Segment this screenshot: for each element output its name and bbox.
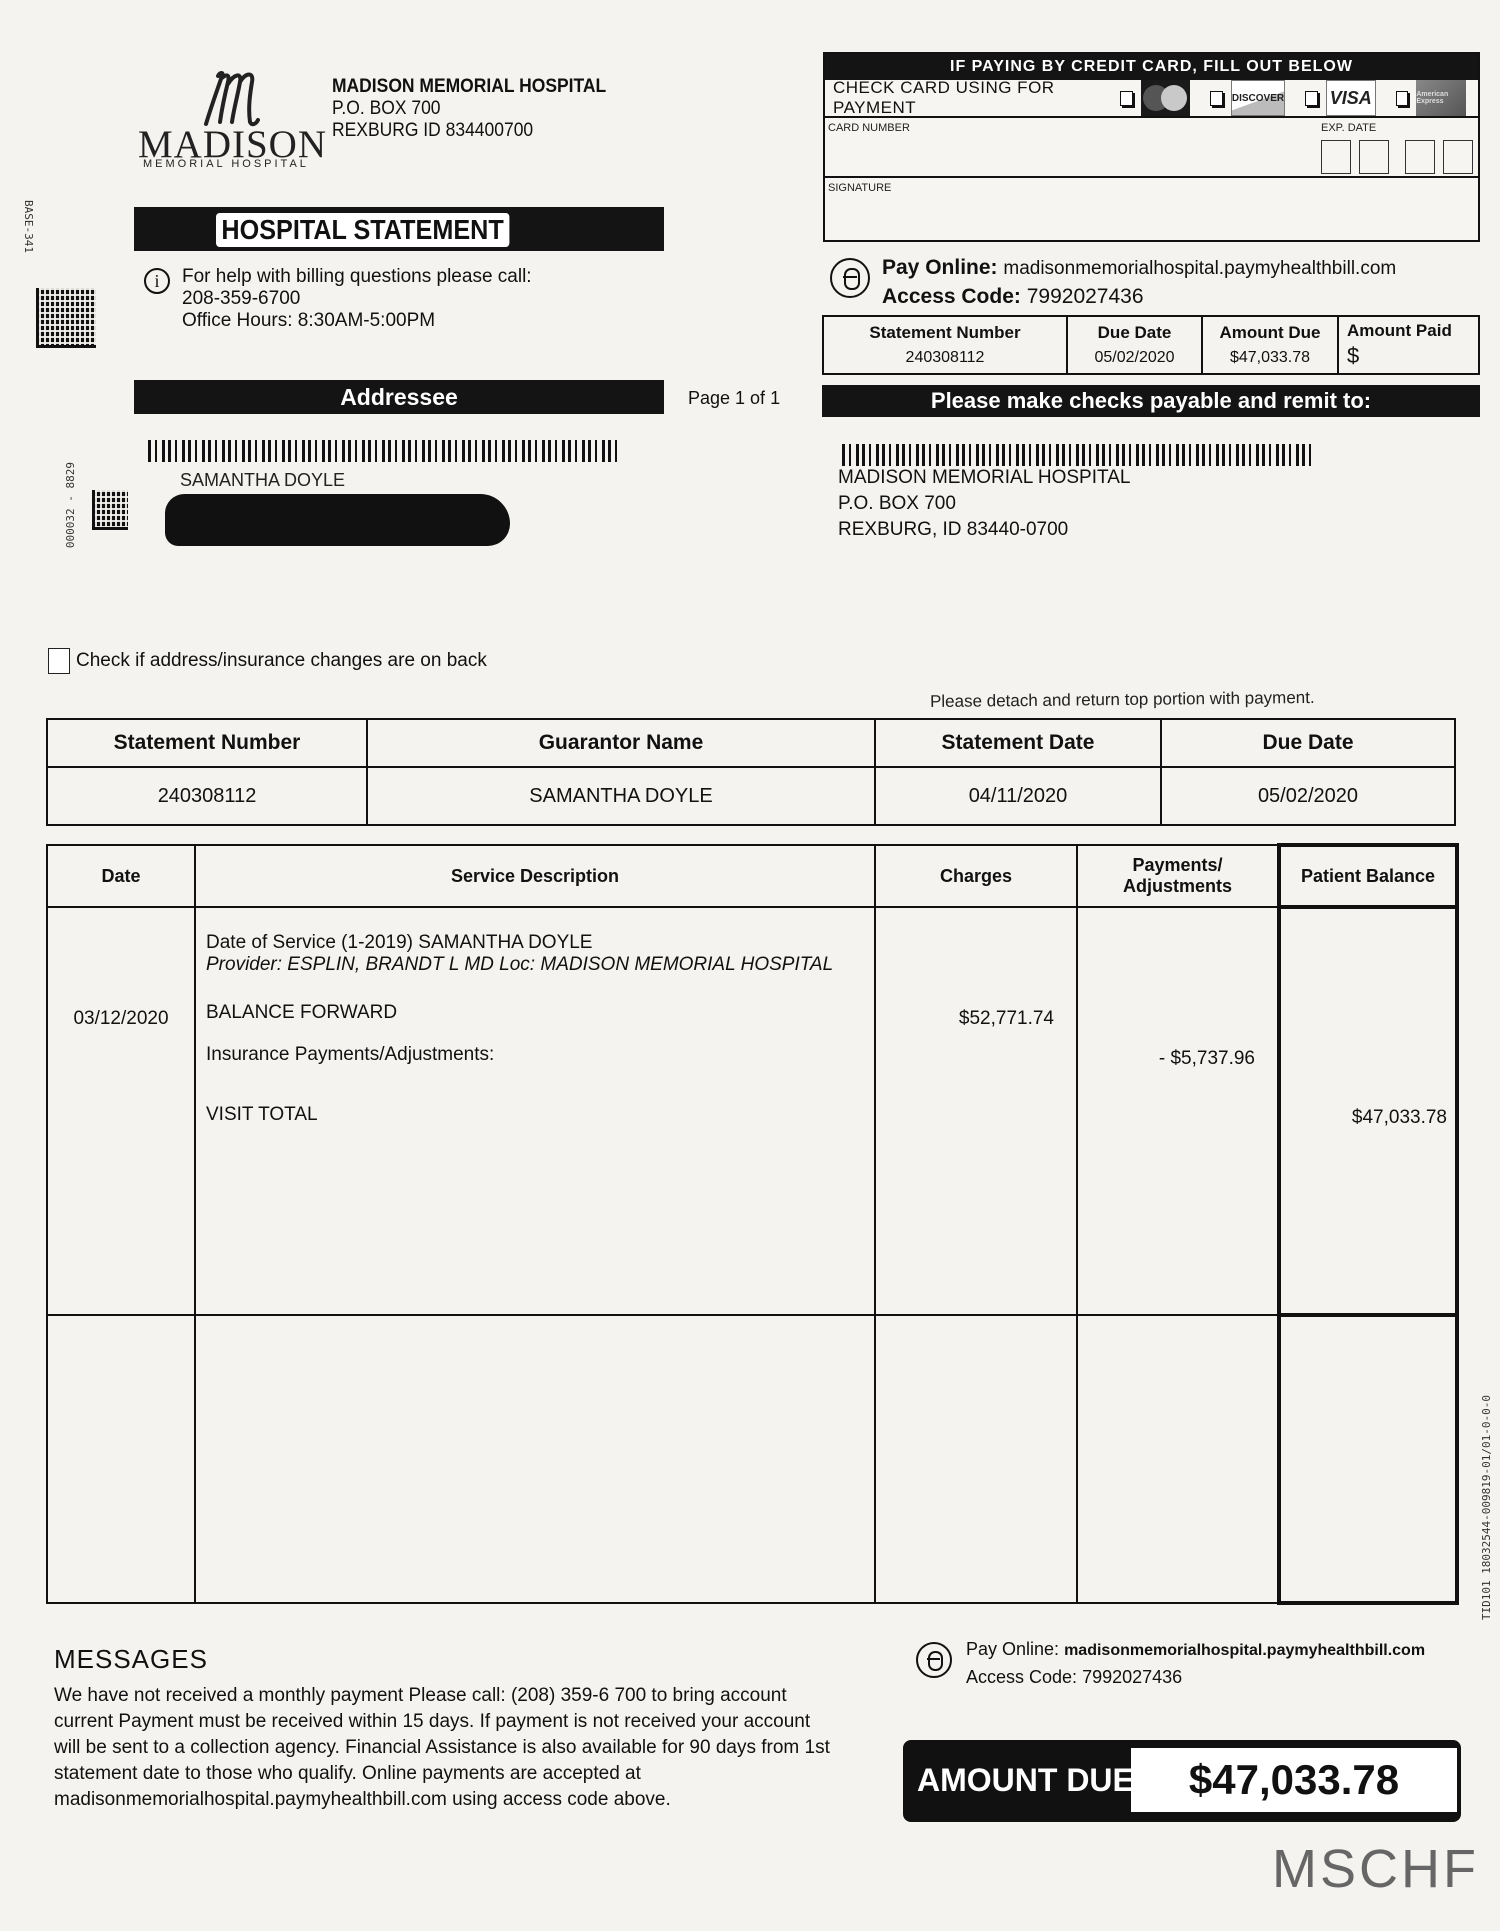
exp-year-digit-2[interactable] xyxy=(1443,140,1473,174)
messages-body: We have not received a monthly payment P… xyxy=(54,1683,834,1813)
exp-date-label: EXP. DATE xyxy=(1321,122,1376,134)
help-hours: Office Hours: 8:30AM-5:00PM xyxy=(182,310,532,332)
side-code-account: 000032 - 8829 xyxy=(64,462,77,548)
summary-value: 240308112 xyxy=(824,349,1066,367)
service-description: Date of Service (1-2019) SAMANTHA DOYLE … xyxy=(195,907,875,1315)
account-table: Statement Number Guarantor Name Statemen… xyxy=(46,718,1456,826)
checkbox-icon[interactable] xyxy=(48,648,70,674)
remit-heading: Please make checks payable and remit to: xyxy=(822,385,1480,417)
adjustments-amount: - $5,737.96 xyxy=(1077,907,1279,1315)
handwritten-signature: MSCHF xyxy=(1272,1838,1479,1900)
madison-logo-icon xyxy=(200,68,270,128)
credit-card-heading: IF PAYING BY CREDIT CARD, FILL OUT BELOW xyxy=(825,54,1478,80)
access-code: 7992027436 xyxy=(1082,1667,1182,1687)
statement-title-bar: HOSPITAL STATEMENT xyxy=(134,207,664,251)
amount-due-value: $47,033.78 xyxy=(1131,1748,1457,1812)
redacted-address xyxy=(165,494,510,546)
exp-month-digit-1[interactable] xyxy=(1321,140,1351,174)
summary-header: Due Date xyxy=(1068,323,1201,343)
statement-date: 04/11/2020 xyxy=(875,767,1161,825)
visa-logo-icon: VISA xyxy=(1326,80,1376,116)
provider-line: Provider: ESPLIN, BRANDT L MD Loc: MADIS… xyxy=(206,954,864,976)
column-header: Service Description xyxy=(195,845,875,907)
access-code-label: Access Code: xyxy=(966,1667,1077,1687)
mouse-icon xyxy=(916,1642,952,1678)
pay-online-url[interactable]: madisonmemorialhospital.paymyhealthbill.… xyxy=(1003,258,1396,279)
messages-title: MESSAGES xyxy=(54,1644,834,1675)
statement-number: 240308112 xyxy=(47,767,367,825)
pay-online-label: Pay Online: xyxy=(966,1639,1059,1659)
visit-total-label: VISIT TOTAL xyxy=(206,1104,864,1126)
table-row: 240308112 SAMANTHA DOYLE 04/11/2020 05/0… xyxy=(47,767,1455,825)
credit-card-form: IF PAYING BY CREDIT CARD, FILL OUT BELOW… xyxy=(823,52,1480,242)
payment-summary: Statement Number240308112 Due Date05/02/… xyxy=(822,315,1480,375)
hospital-statement-page: MADISON MEMORIAL HOSPITAL MADISON MEMORI… xyxy=(0,0,1500,1931)
help-phone: 208-359-6700 xyxy=(182,288,532,310)
summary-value: 05/02/2020 xyxy=(1068,349,1201,367)
card-number-label: CARD NUMBER xyxy=(828,122,910,134)
statement-title: HOSPITAL STATEMENT xyxy=(216,213,509,247)
postal-barcode-icon xyxy=(148,440,622,462)
due-date: 05/02/2020 xyxy=(1161,767,1455,825)
exp-year-digit-1[interactable] xyxy=(1405,140,1435,174)
amex-checkbox[interactable] xyxy=(1396,91,1409,106)
signature-label: SIGNATURE xyxy=(828,182,891,194)
messages-section: MESSAGES We have not received a monthly … xyxy=(54,1644,834,1813)
info-icon: i xyxy=(144,268,170,294)
hospital-po-box: P.O. BOX 700 xyxy=(332,98,606,120)
datamatrix-small-icon xyxy=(92,490,128,530)
guarantor-name: SAMANTHA DOYLE xyxy=(367,767,875,825)
column-header: Due Date xyxy=(1161,719,1455,767)
summary-header: Statement Number xyxy=(824,323,1066,343)
access-code: 7992027436 xyxy=(1027,285,1144,308)
service-detail-table: Date Service Description Charges Payment… xyxy=(46,843,1459,1605)
remit-city: REXBURG, ID 83440-0700 xyxy=(838,517,1130,543)
column-header: Statement Date xyxy=(875,719,1161,767)
addressee-name: SAMANTHA DOYLE xyxy=(180,470,345,491)
charges-amount: $52,771.74 xyxy=(875,907,1077,1315)
remit-address: MADISON MEMORIAL HOSPITAL P.O. BOX 700 R… xyxy=(838,465,1130,543)
column-header: Guarantor Name xyxy=(367,719,875,767)
detach-note: Please detach and return top portion wit… xyxy=(930,688,1315,712)
service-line: Date of Service (1-2019) SAMANTHA DOYLE xyxy=(206,932,864,954)
side-code-base: BASE-341 xyxy=(22,200,35,253)
datamatrix-code-icon xyxy=(36,288,96,348)
summary-value: $47,033.78 xyxy=(1203,349,1337,367)
mouse-icon xyxy=(830,258,870,298)
mastercard-logo-icon xyxy=(1141,80,1191,116)
pay-online-label: Pay Online: xyxy=(882,256,998,279)
column-header: Patient Balance xyxy=(1279,845,1457,907)
remit-name: MADISON MEMORIAL HOSPITAL xyxy=(838,465,1130,491)
pay-online-url[interactable]: madisonmemorialhospital.paymyhealthbill.… xyxy=(1064,1642,1425,1659)
hospital-city: REXBURG ID 834400700 xyxy=(332,120,606,142)
access-code-label: Access Code: xyxy=(882,285,1021,308)
address-change-label: Check if address/insurance changes are o… xyxy=(76,650,487,672)
patient-balance-amount: $47,033.78 xyxy=(1279,907,1457,1315)
mastercard-checkbox[interactable] xyxy=(1120,91,1133,106)
amount-due-label: AMOUNT DUE: xyxy=(917,1762,1145,1799)
hospital-name: MADISON MEMORIAL HOSPITAL xyxy=(332,76,606,98)
service-date: 03/12/2020 xyxy=(47,907,195,1315)
summary-header: Amount Due xyxy=(1203,323,1337,343)
help-text: For help with billing questions please c… xyxy=(182,266,532,288)
hospital-address: MADISON MEMORIAL HOSPITAL P.O. BOX 700 R… xyxy=(332,76,606,142)
table-row-empty xyxy=(47,1315,1457,1603)
visa-checkbox[interactable] xyxy=(1305,91,1318,106)
address-change-checkbox[interactable]: Check if address/insurance changes are o… xyxy=(48,648,487,674)
page-indicator: Page 1 of 1 xyxy=(688,388,780,409)
card-type-row: CHECK CARD USING FOR PAYMENT DISCOVER VI… xyxy=(825,80,1478,118)
exp-month-digit-2[interactable] xyxy=(1359,140,1389,174)
remit-postal-barcode-icon xyxy=(842,444,1316,466)
discover-checkbox[interactable] xyxy=(1210,91,1223,106)
column-header: Charges xyxy=(875,845,1077,907)
addressee-heading: Addressee xyxy=(134,380,664,414)
signature-field[interactable]: SIGNATURE xyxy=(825,180,1478,240)
side-code-tracking: TID101 18032544-009819-01/01-0-0-0 xyxy=(1480,1395,1493,1620)
summary-header: Amount Paid xyxy=(1347,321,1478,341)
discover-logo-icon: DISCOVER xyxy=(1231,80,1285,116)
card-number-field[interactable]: CARD NUMBER EXP. DATE xyxy=(825,120,1478,178)
column-header: Date xyxy=(47,845,195,907)
remit-po-box: P.O. BOX 700 xyxy=(838,491,1130,517)
amount-paid-field[interactable]: $ xyxy=(1347,343,1478,369)
insurance-label: Insurance Payments/Adjustments: xyxy=(206,1044,864,1066)
balance-forward-label: BALANCE FORWARD xyxy=(206,1002,864,1024)
column-header: Statement Number xyxy=(47,719,367,767)
card-type-label: CHECK CARD USING FOR PAYMENT xyxy=(833,78,1108,118)
column-header: Payments/ Adjustments xyxy=(1077,845,1279,907)
table-row: 03/12/2020 Date of Service (1-2019) SAMA… xyxy=(47,907,1457,1315)
logo-subtitle: MEMORIAL HOSPITAL xyxy=(143,158,309,170)
amount-due-box: AMOUNT DUE: $47,033.78 xyxy=(903,1740,1461,1822)
amex-logo-icon: American Express xyxy=(1416,80,1466,116)
